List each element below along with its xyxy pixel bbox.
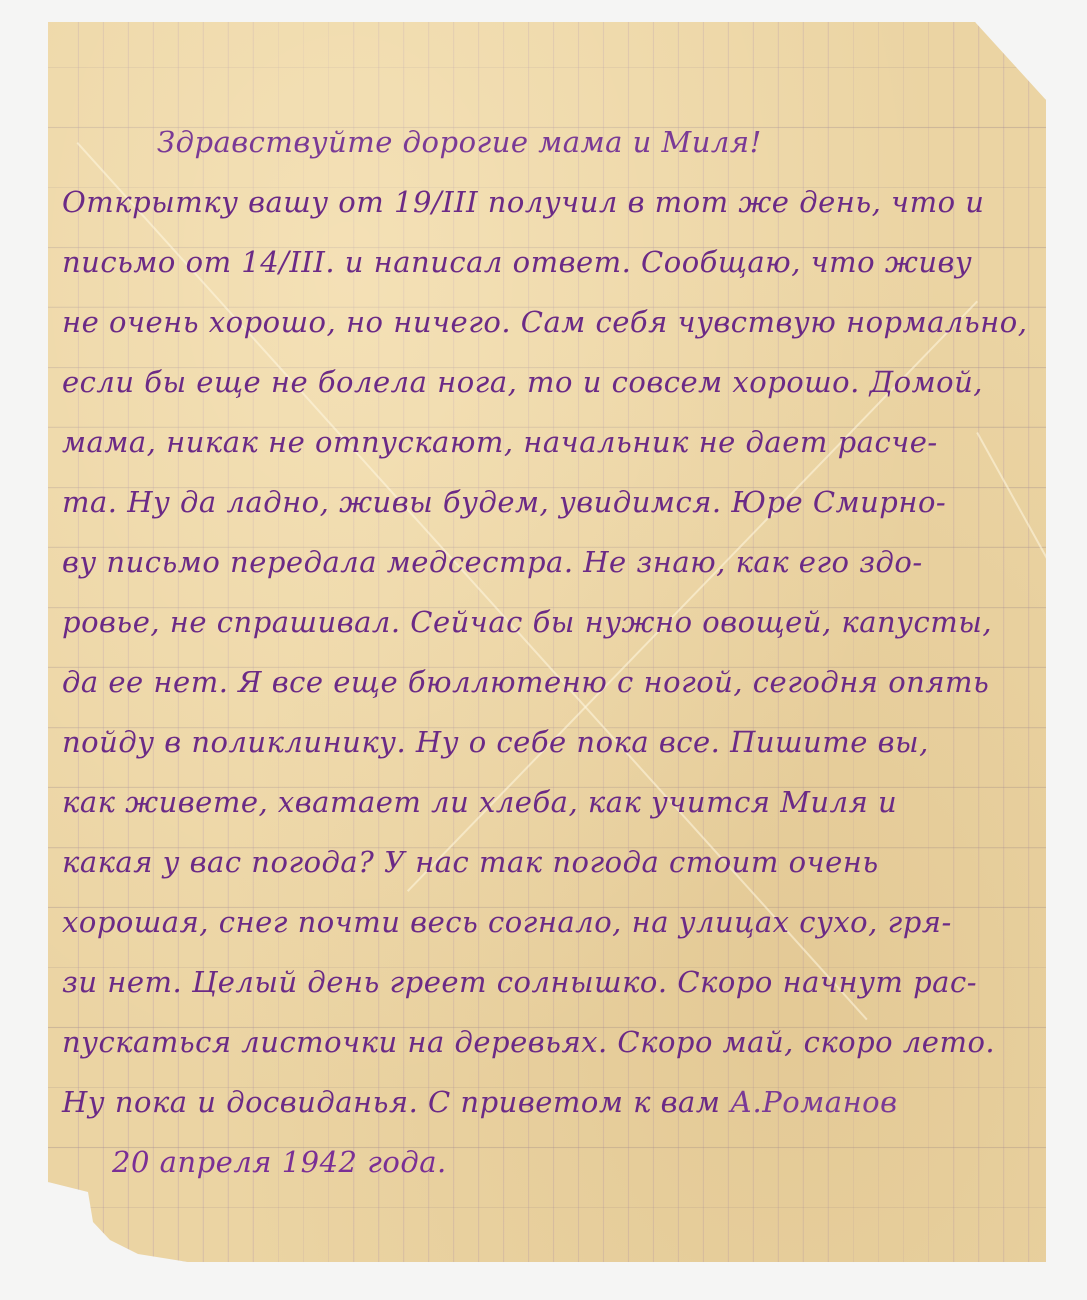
letter-date: 20 апреля 1942 года. (62, 1132, 1022, 1192)
letter-line: не очень хорошо, но ничего. Сам себя чув… (62, 292, 1022, 352)
letter-line: ву письмо передала медсестра. Не знаю, к… (62, 532, 1022, 592)
letter-line: да ее нет. Я все еще бюллютеню с ногой, … (62, 652, 1022, 712)
letter-line: та. Ну да ладно, живы будем, увидимся. Ю… (62, 472, 1022, 532)
letter-line: зи нет. Целый день греет солнышко. Скоро… (62, 952, 1022, 1012)
letter-line: хорошая, снег почти весь согнало, на ули… (62, 892, 1022, 952)
letter-body: Здравствуйте дорогие мама и Миля! Открыт… (62, 112, 1022, 1192)
letter-line: ровье, не спрашивал. Сейчас бы нужно ово… (62, 592, 1022, 652)
letter-closing-line: Ну пока и досвиданья. С приветом к вам А… (62, 1072, 1022, 1132)
letter-line: какая у вас погода? У нас так погода сто… (62, 832, 1022, 892)
letter-line: мама, никак не отпускают, начальник не д… (62, 412, 1022, 472)
letter-line: пускаться листочки на деревьях. Скоро ма… (62, 1012, 1022, 1072)
letter-line: как живете, хватает ли хлеба, как учится… (62, 772, 1022, 832)
signature: А.Романов (730, 1085, 897, 1119)
scan-background: Здравствуйте дорогие мама и Миля! Открыт… (0, 0, 1087, 1300)
letter-greeting: Здравствуйте дорогие мама и Миля! (62, 112, 1022, 172)
letter-line: Открытку вашу от 19/III получил в тот же… (62, 172, 1022, 232)
letter-line: письмо от 14/III. и написал ответ. Сообщ… (62, 232, 1022, 292)
letter-line: пойду в поликлинику. Ну о себе пока все.… (62, 712, 1022, 772)
letter-closing: Ну пока и досвиданья. С приветом к вам (62, 1085, 720, 1119)
letter-line: если бы еще не болела нога, то и совсем … (62, 352, 1022, 412)
